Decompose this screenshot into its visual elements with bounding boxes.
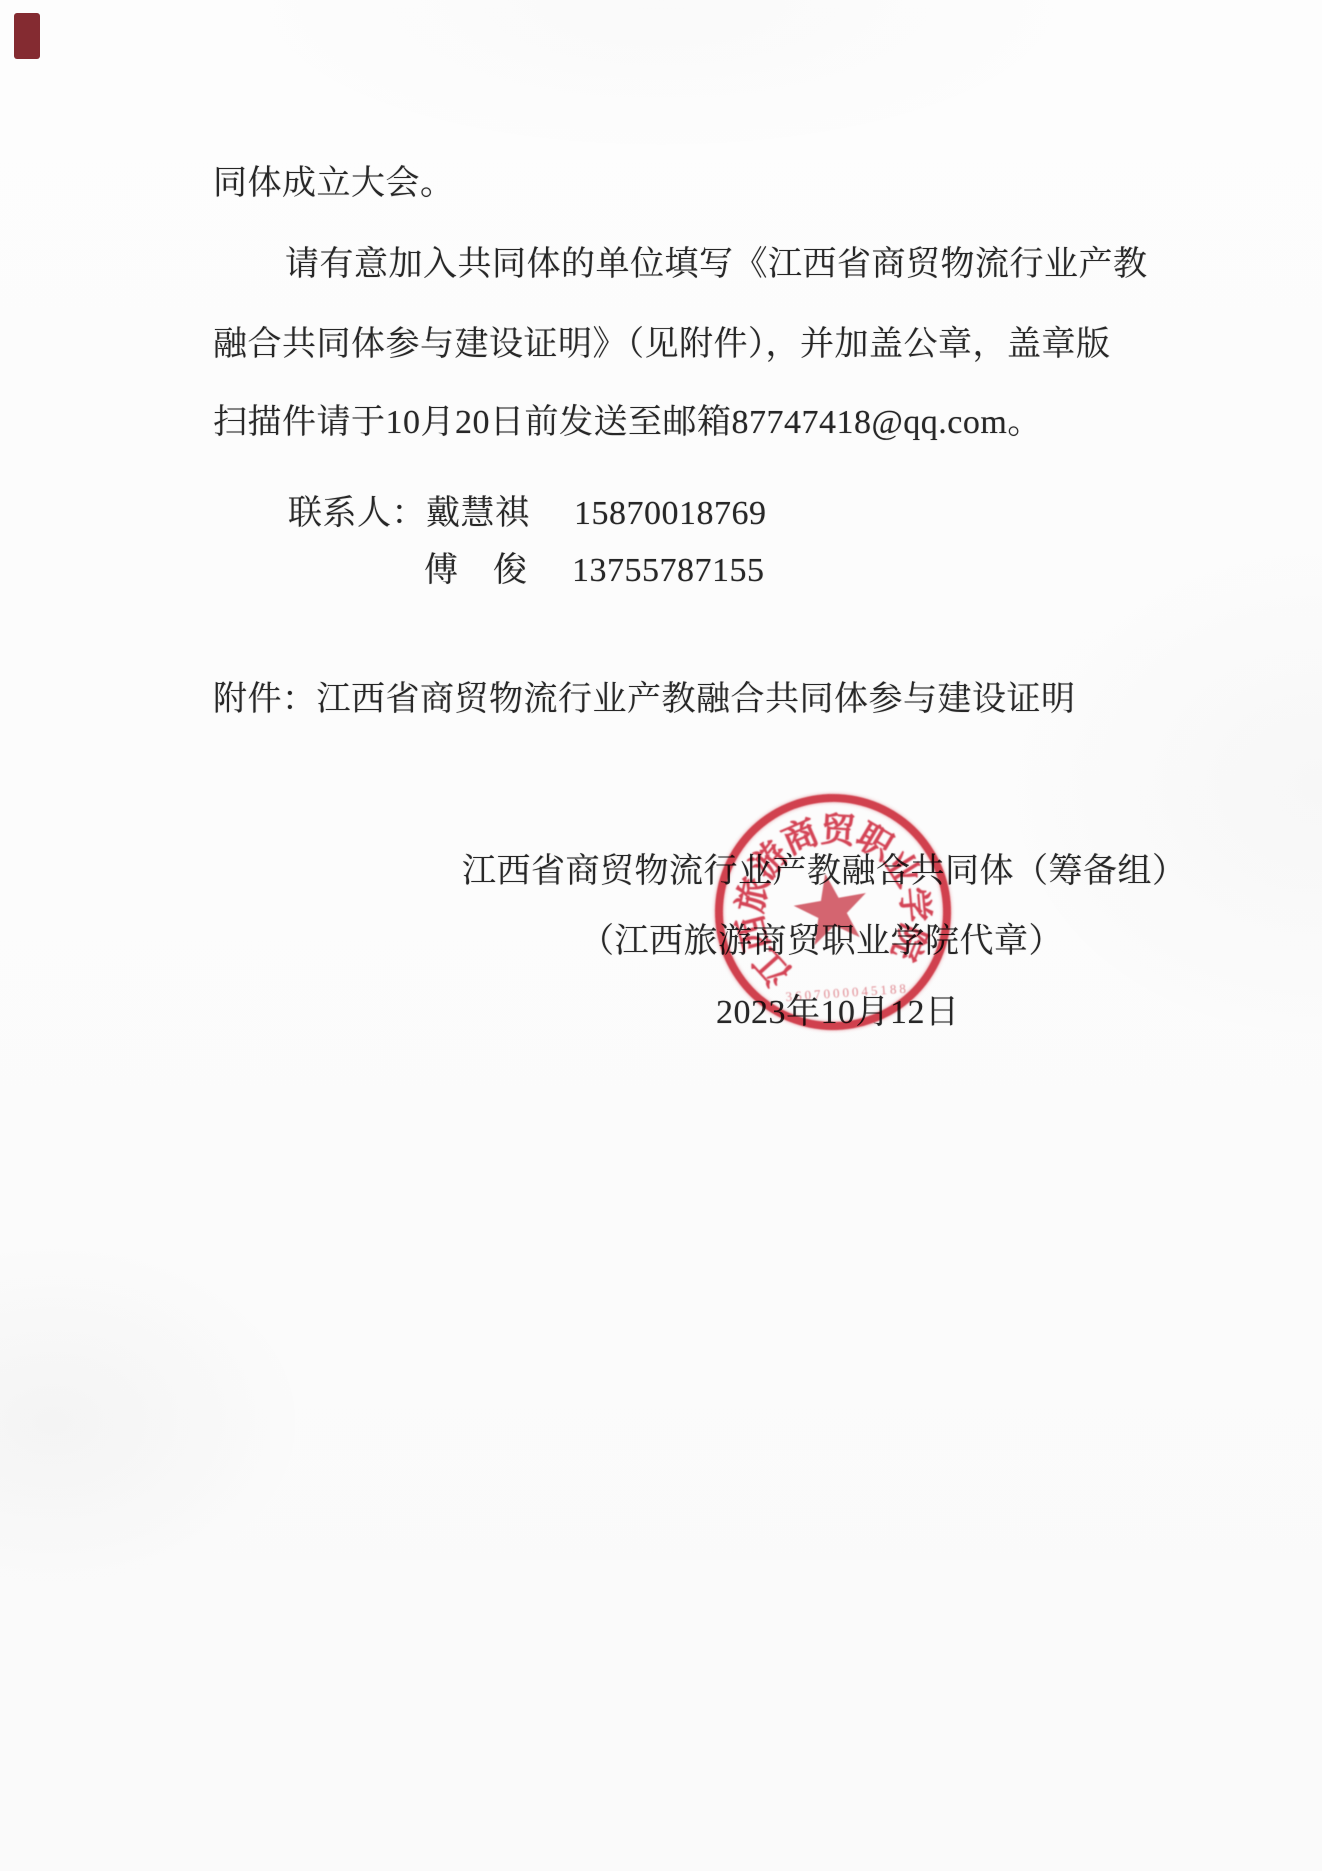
body-line-3: 融合共同体参与建设证明》（见附件），并加盖公章，盖章版 (213, 325, 1111, 366)
official-seal: 江西旅游商贸职业学院 3607000045188 (696, 775, 969, 1048)
contact-row-2: 傅 俊13755787155 (424, 551, 765, 592)
contact-row-1: 联系人：戴慧祺15870018769 (288, 494, 767, 535)
body-line-1: 同体成立大会。 (213, 164, 455, 205)
body-line-4: 扫描件请于10月20日前发送至邮箱87747418@qq.com。 (213, 403, 1042, 444)
contact-name-2: 傅 俊 (424, 551, 572, 592)
contact-phone-1: 15870018769 (574, 495, 767, 532)
contact-name-1: 戴慧祺 (426, 494, 574, 535)
contact-label: 联系人： (288, 495, 426, 532)
body-line-2: 请有意加入共同体的单位填写《江西省商贸物流行业产教 (285, 245, 1148, 286)
scan-corner-artifact (14, 13, 40, 59)
attachment-line: 附件：江西省商贸物流行业产教融合共同体参与建设证明 (213, 680, 1076, 721)
seal-star-icon (786, 863, 876, 953)
scanned-document-page: 同体成立大会。 请有意加入共同体的单位填写《江西省商贸物流行业产教 融合共同体参… (0, 0, 1322, 1871)
seal-arc-char: 学 (890, 885, 943, 924)
contact-phone-2: 13755787155 (572, 552, 765, 589)
